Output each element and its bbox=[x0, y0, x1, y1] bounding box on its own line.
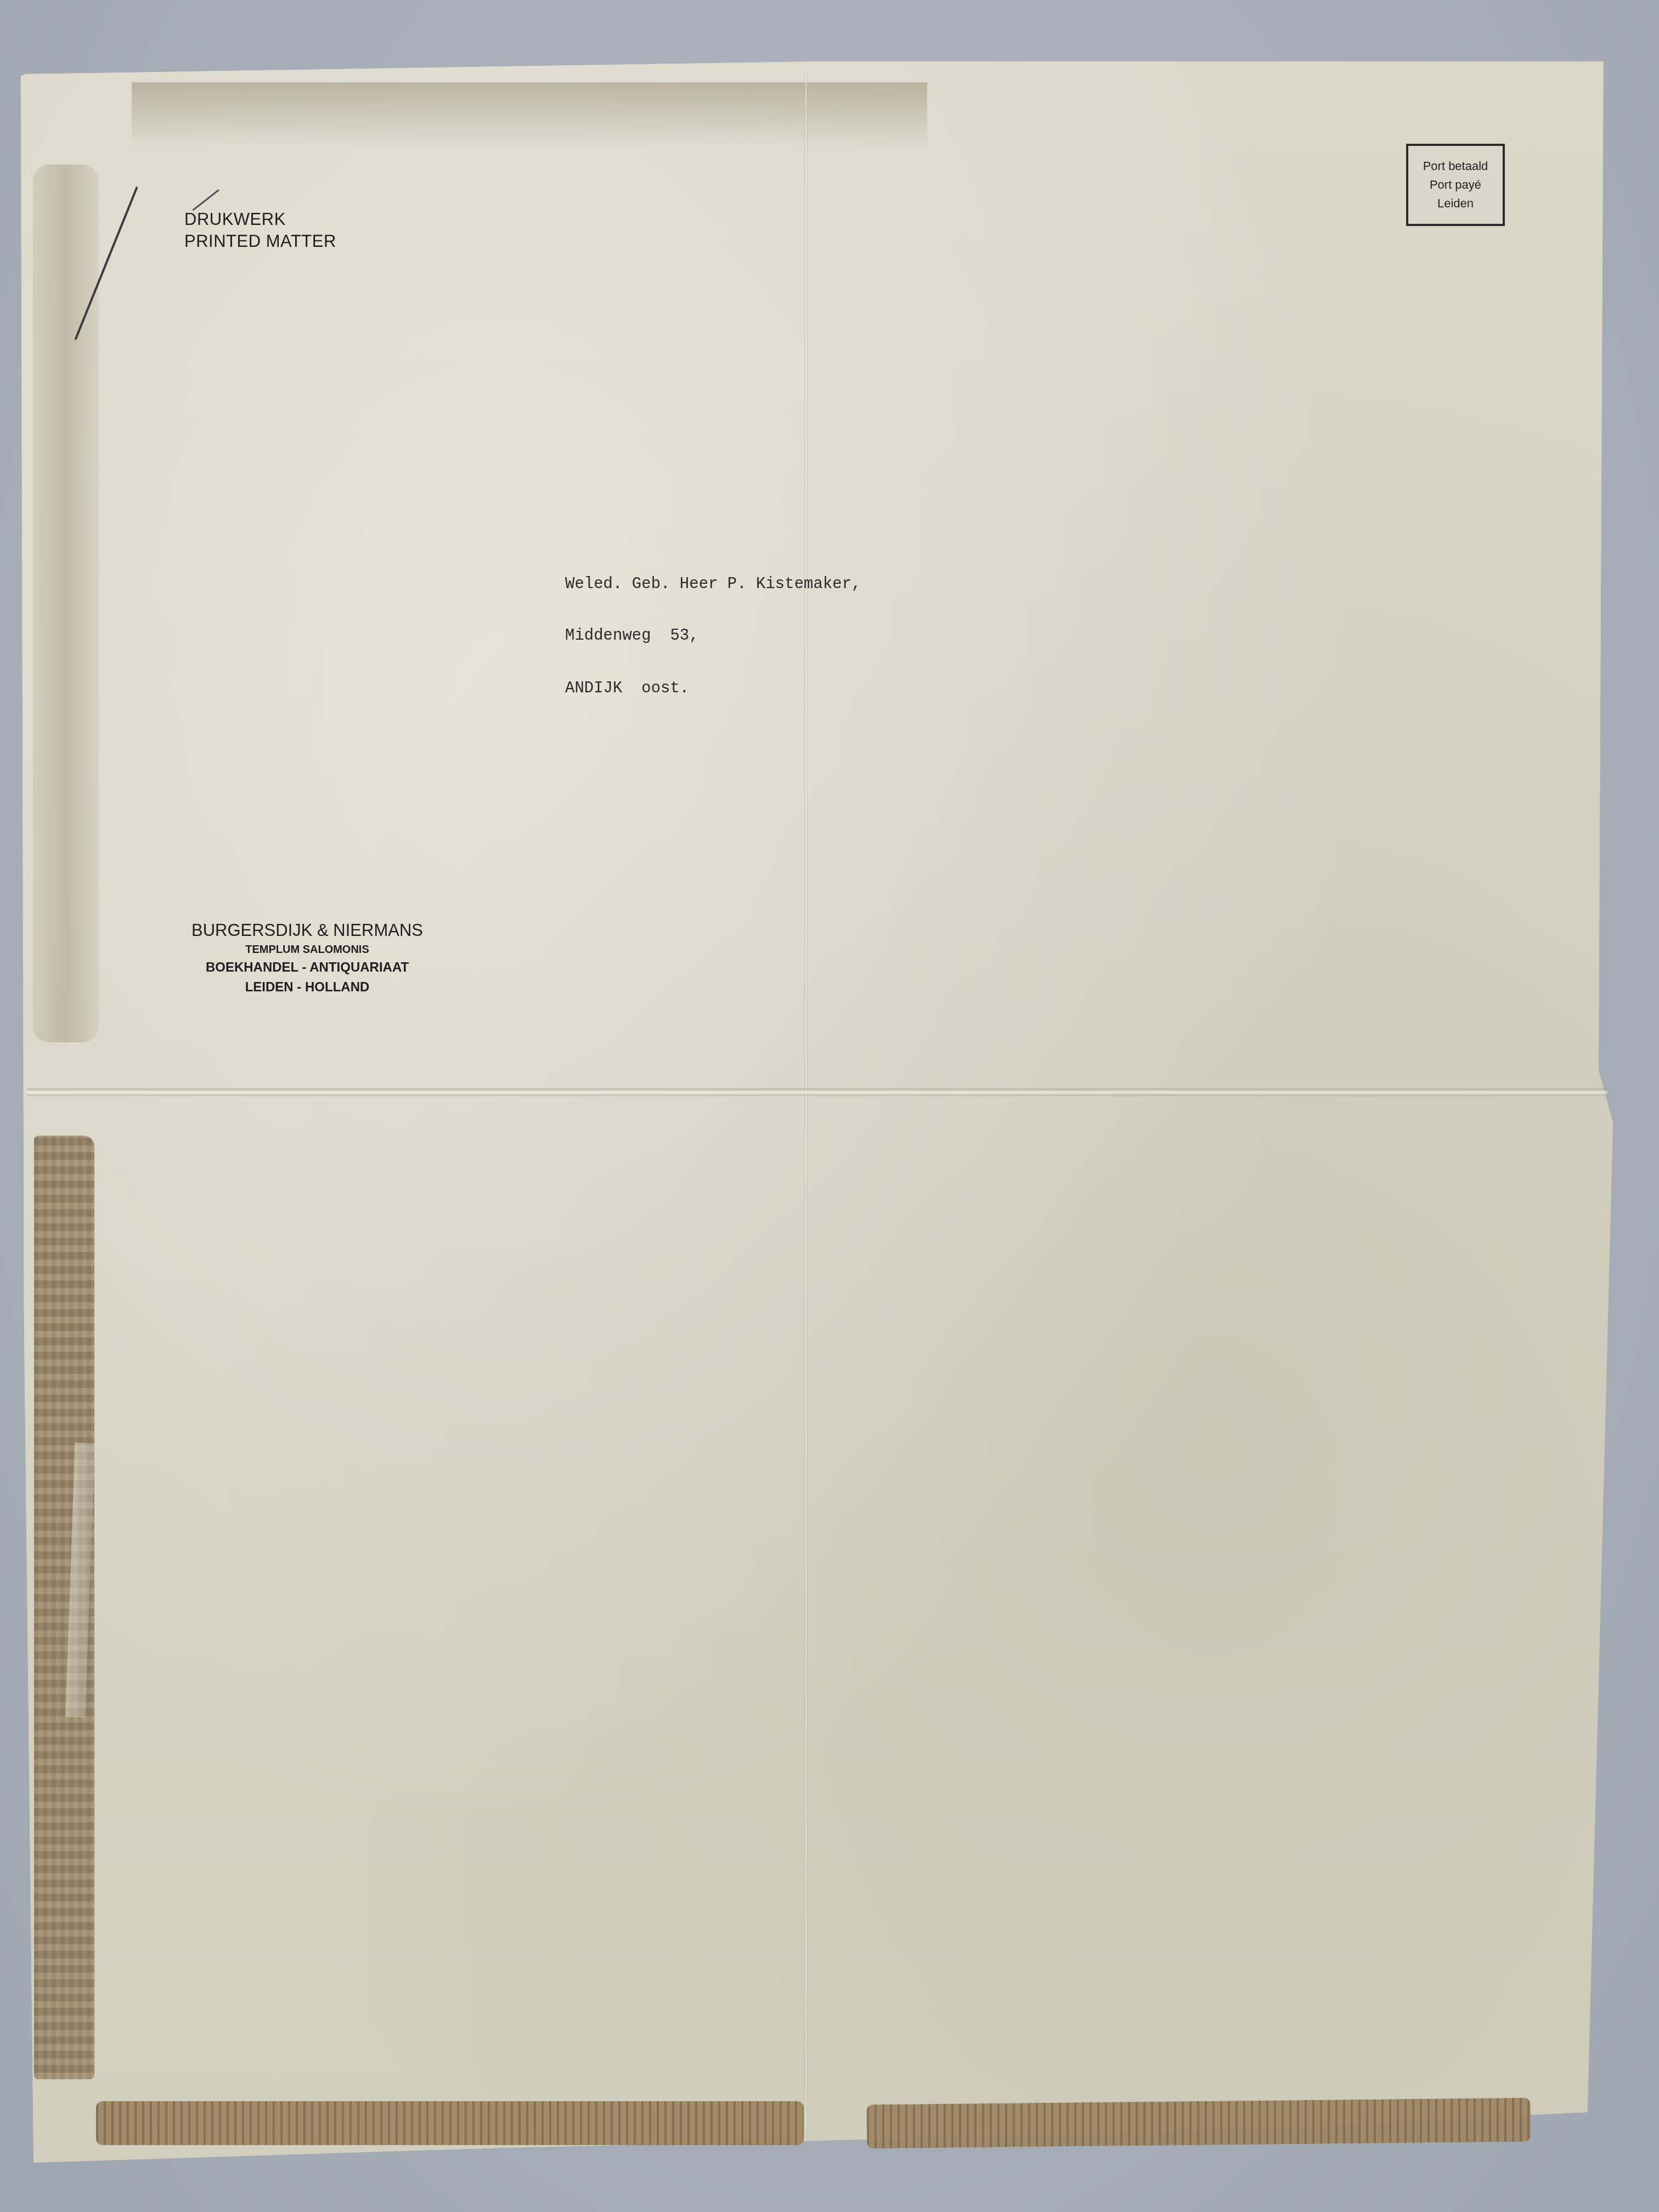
mail-class-label: DRUKWERK PRINTED MATTER bbox=[184, 208, 336, 252]
sender-name: BURGERSDIJK & NIERMANS bbox=[181, 919, 433, 941]
mail-class-dutch: DRUKWERK bbox=[184, 208, 336, 230]
vertical-fold-crease bbox=[804, 71, 808, 2134]
left-edge-stain bbox=[33, 165, 99, 1042]
horizontal-fold-crease bbox=[27, 1088, 1607, 1096]
bottom-tape-residue-left bbox=[96, 2101, 804, 2145]
top-edge-stain bbox=[132, 82, 927, 148]
recipient-street: Middenweg 53, bbox=[565, 627, 699, 645]
recipient-name: Weled. Geb. Heer P. Kistemaker, bbox=[565, 575, 861, 593]
sender-imprint: BURGERSDIJK & NIERMANS TEMPLUM SALOMONIS… bbox=[181, 919, 433, 997]
postage-line-french: Port payé bbox=[1430, 176, 1481, 194]
postage-line-city: Leiden bbox=[1437, 194, 1474, 213]
sender-business: BOEKHANDEL - ANTIQUARIAAT bbox=[181, 958, 433, 978]
mailing-wrapper-paper bbox=[21, 61, 1613, 2163]
bottom-tape-residue-right bbox=[867, 2098, 1531, 2149]
postage-line-dutch: Port betaald bbox=[1423, 157, 1488, 176]
recipient-town: ANDIJK oost. bbox=[565, 679, 689, 697]
mail-class-english: PRINTED MATTER bbox=[184, 230, 336, 252]
postage-paid-box: Port betaald Port payé Leiden bbox=[1406, 144, 1505, 226]
sender-subtitle: TEMPLUM SALOMONIS bbox=[181, 941, 433, 958]
sender-location: LEIDEN - HOLLAND bbox=[181, 978, 433, 997]
